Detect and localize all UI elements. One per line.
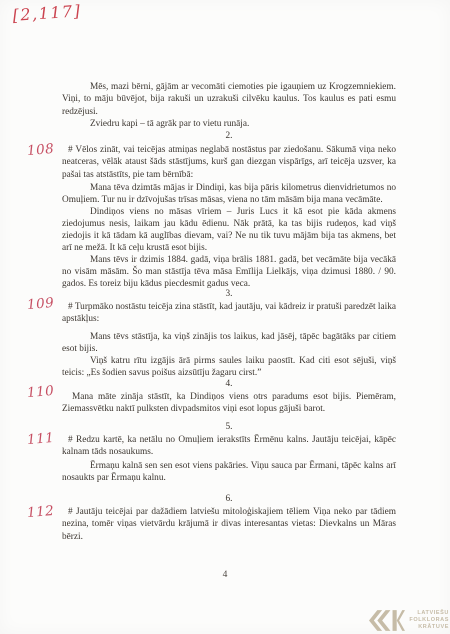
paragraph: Mana tēva dzimtās mājas ir Dindiņi, kas … — [62, 182, 396, 206]
section-3-heading: 3. — [62, 289, 396, 300]
paragraph: Mana māte zināja stāstīt, ka Dindiņos vi… — [62, 391, 396, 416]
section-6-heading: 6. — [62, 494, 396, 505]
opening-paragraphs: Mēs, mazi bērni, gājām ar vecomāti ciemo… — [62, 81, 396, 130]
margin-number-108: 108 — [26, 141, 55, 159]
section-4-heading: 4. — [62, 379, 396, 390]
paragraph: Dindiņos viens no māsas vīriem – Juris L… — [62, 206, 396, 254]
margin-number-111: 111 — [26, 430, 55, 448]
paragraph: Mans tēvs stāstīja, ka viņš zinājis tos … — [62, 331, 396, 355]
collector-note: # Jautāju teicējai par dažādiem latviešu… — [62, 506, 396, 543]
collector-note: # Vēlos zināt, vai teicējas atmiņas negl… — [62, 144, 396, 181]
logo-line-3: KRĀTUVE — [409, 624, 449, 631]
margin-number-110: 110 — [26, 383, 55, 401]
archive-number-annotation: [2,117] — [12, 1, 82, 25]
lfk-archive-logo: LATVIEŠU FOLKLORAS KRĀTUVE — [369, 610, 449, 631]
margin-number-112: 112 — [26, 503, 55, 521]
logo-line-1: LATVIEŠU — [409, 610, 449, 617]
page-number: 4 — [0, 570, 450, 580]
logo-wordmark: LATVIEŠU FOLKLORAS KRĀTUVE — [409, 610, 449, 631]
paragraph: Zviedru kapi – tā agrāk par to vietu run… — [62, 118, 396, 130]
section-2-heading: 2. — [62, 131, 396, 142]
section-5-heading: 5. — [62, 422, 396, 433]
scanned-document-page: [2,117] 108 109 110 111 112 Mēs, mazi bē… — [0, 0, 450, 634]
paragraph: Mēs, mazi bērni, gājām ar vecomāti ciemo… — [62, 81, 396, 118]
paragraph: Mans tēvs ir dzimis 1884. gadā, viņa brā… — [62, 254, 396, 290]
collector-note: # Turpmāko nostāstu teicēja zina stāstīt… — [62, 301, 396, 326]
logo-line-2: FOLKLORAS — [409, 617, 449, 624]
section-4-text: Mana māte zināja stāstīt, ka Dindiņos vi… — [62, 391, 396, 416]
margin-number-109: 109 — [26, 295, 55, 313]
section-2-quotes: Mana tēva dzimtās mājas ir Dindiņi, kas … — [62, 182, 396, 290]
chevron-k-icon — [369, 610, 405, 631]
section-5-quote: Ērmaņu kalnā sen sen esot viens pakāries… — [62, 460, 396, 485]
section-5-note: # Redzu kartē, ka netālu no Omuļiem iera… — [62, 434, 396, 459]
section-3-note: # Turpmāko nostāstu teicēja zina stāstīt… — [62, 301, 396, 326]
section-3-quotes: Mans tēvs stāstīja, ka viņš zinājis tos … — [62, 331, 396, 379]
paragraph: Ērmaņu kalnā sen sen esot viens pakāries… — [62, 460, 396, 485]
section-2-note: # Vēlos zināt, vai teicējas atmiņas negl… — [62, 144, 396, 181]
section-6-note: # Jautāju teicējai par dažādiem latviešu… — [62, 506, 396, 543]
paragraph: Viņš katru rītu izgājis ārā pirms saules… — [62, 355, 396, 379]
collector-note: # Redzu kartē, ka netālu no Omuļiem iera… — [62, 434, 396, 459]
